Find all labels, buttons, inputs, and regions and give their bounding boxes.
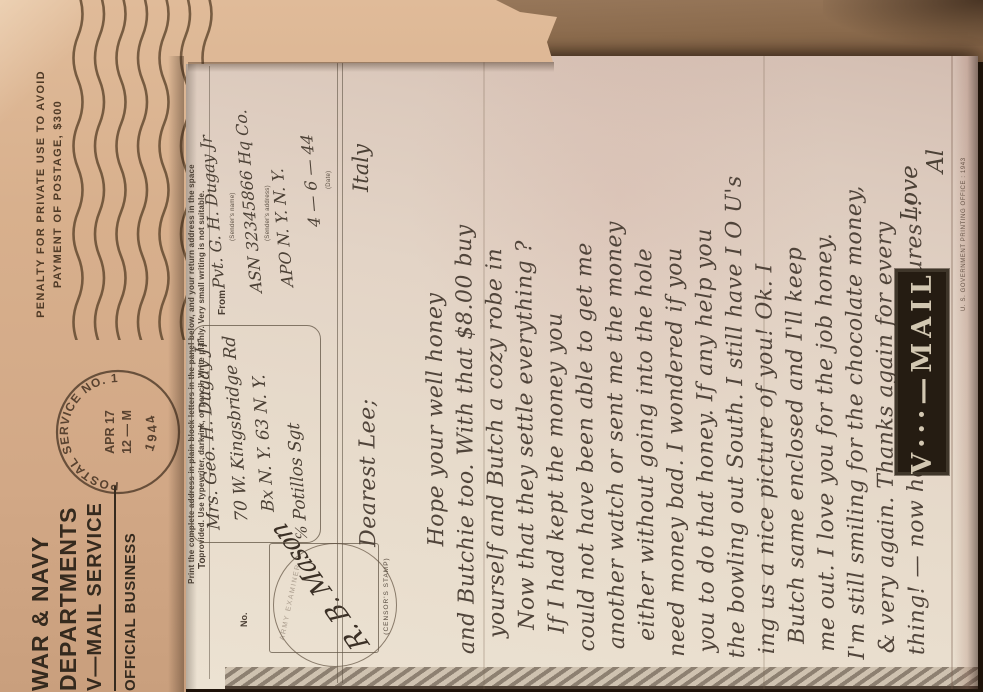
sender-name-caption: (Sender's name): [230, 192, 236, 241]
message-line: another watch or sent me the money: [599, 73, 633, 649]
message-line: me out. I love you for the job honey.: [809, 72, 843, 652]
message-line: If I had kept the money you: [539, 74, 573, 634]
paper-edge-shadow: [168, 56, 184, 692]
message-line: Dearest Lee;: [351, 75, 384, 547]
message-divider-rule: [342, 62, 343, 683]
vmail-logo: V···—MAIL: [895, 269, 949, 475]
flap-edge-shadow: [188, 62, 554, 72]
to-address-line: ℅ Potillos Sgt: [284, 422, 312, 540]
message-line: I'm still smiling for the chocolate mone…: [839, 71, 873, 659]
message-line: yourself and Butch a cozy robe in: [479, 74, 513, 638]
letter-date: 4 — 6 — 44: [297, 134, 324, 227]
sender-address-line2: APO N. Y. N. Y.: [268, 168, 297, 287]
backdrop-shadow: [823, 0, 983, 46]
message-divider-rule: [337, 62, 338, 683]
message-line: could not have been able to get me: [569, 73, 603, 651]
paper-crease: [951, 56, 953, 689]
message-line: and Butchie too. With that $8.00 buy: [449, 74, 483, 654]
to-address-line: 70 W. Kingsbridge Rd: [219, 335, 252, 522]
handwritten-message: Dearest Lee; Hope your well honey and Bu…: [351, 71, 933, 665]
message-line: need money bad. I wondered if you: [659, 73, 693, 657]
penalty-line2: PAYMENT OF POSTAGE, $300: [50, 54, 67, 334]
heading-rule: [114, 486, 116, 691]
photo-of-vmail-letter: Print the complete address in plain bloc…: [0, 0, 983, 692]
war-navy-line1: WAR & NAVY: [26, 351, 54, 691]
official-business-label: OFFICIAL BUSINESS: [122, 351, 139, 691]
message-line: you to do that honey. If any help you: [689, 72, 723, 652]
message-line: Butch same enclosed and I'll keep: [779, 72, 813, 644]
date-caption: (Date): [326, 171, 332, 189]
war-navy-line3: V—MAIL SERVICE: [82, 351, 108, 691]
sender-address-line1: ASN 32345866 Hq Co.: [231, 109, 266, 293]
message-line: Now that they settle everything ?: [509, 74, 543, 630]
vmail-letter-form: Print the complete address in plain bloc…: [183, 56, 978, 690]
to-address-line: Mrs. Geo. H. Dugay Jr: [191, 339, 224, 530]
message-line: the bowling out South. I still have I O …: [719, 72, 753, 658]
message-line: ing us a nice picture of you! Ok. I: [749, 72, 783, 654]
form-page: Print the complete address in plain bloc…: [183, 56, 978, 689]
signature-name: Al: [923, 149, 949, 173]
number-label: No.: [239, 613, 249, 628]
printing-office-microprint: U. S. GOVERNMENT PRINTING OFFICE : 1943: [961, 157, 967, 311]
to-address-line: Bx N. Y. 63 N. Y.: [249, 374, 279, 512]
to-address-panel: Mrs. Geo. H. Dugay Jr 70 W. Kingsbridge …: [191, 325, 321, 543]
from-label: From: [217, 290, 228, 315]
penalty-notice: PENALTY FOR PRIVATE USE TO AVOID PAYMENT…: [33, 54, 67, 334]
signature-closing: Love: [897, 165, 923, 221]
postmark-arc-bottom: 1944: [141, 411, 160, 453]
penalty-line1: PENALTY FOR PRIVATE USE TO AVOID: [33, 54, 50, 334]
svg-text:1944: 1944: [141, 411, 160, 453]
message-line: either without going into the hole: [629, 73, 663, 641]
to-label: To: [197, 558, 208, 569]
war-navy-line2: DEPARTMENTS: [54, 351, 82, 691]
war-navy-heading: WAR & NAVY DEPARTMENTS V—MAIL SERVICE OF…: [26, 351, 139, 691]
message-line: Hope your well honey: [419, 74, 452, 546]
